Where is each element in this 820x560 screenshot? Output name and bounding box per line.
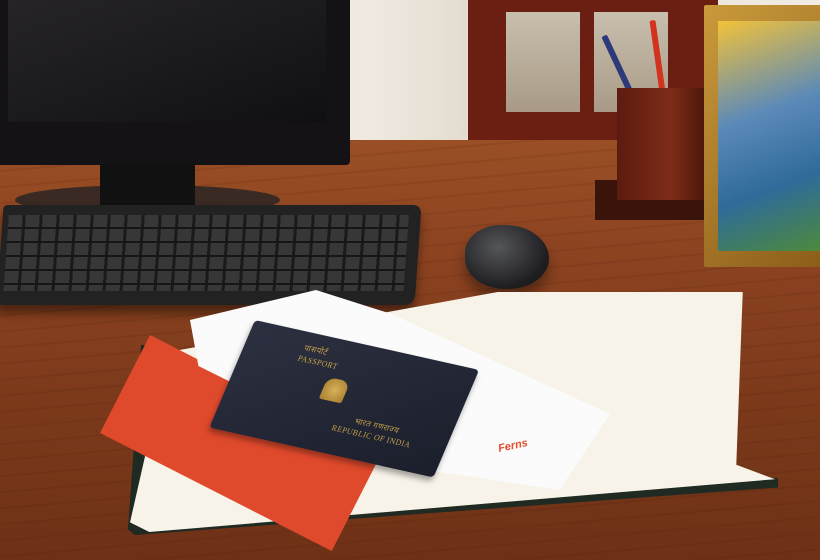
keyboard <box>0 205 421 305</box>
monitor-screen <box>8 0 326 122</box>
pen-holder <box>617 88 707 200</box>
national-emblem-icon <box>319 377 351 404</box>
framed-picture <box>704 5 820 267</box>
office-desk-photo: पासपोर्ट PASSPORT भारत गणराज्य REPUBLIC … <box>0 0 820 560</box>
computer-mouse <box>465 225 549 289</box>
monitor-stand <box>100 163 195 209</box>
picture-artwork <box>718 21 820 251</box>
computer-monitor <box>0 0 350 165</box>
door-glass-pane <box>506 12 580 112</box>
keyboard-keys <box>3 215 408 291</box>
